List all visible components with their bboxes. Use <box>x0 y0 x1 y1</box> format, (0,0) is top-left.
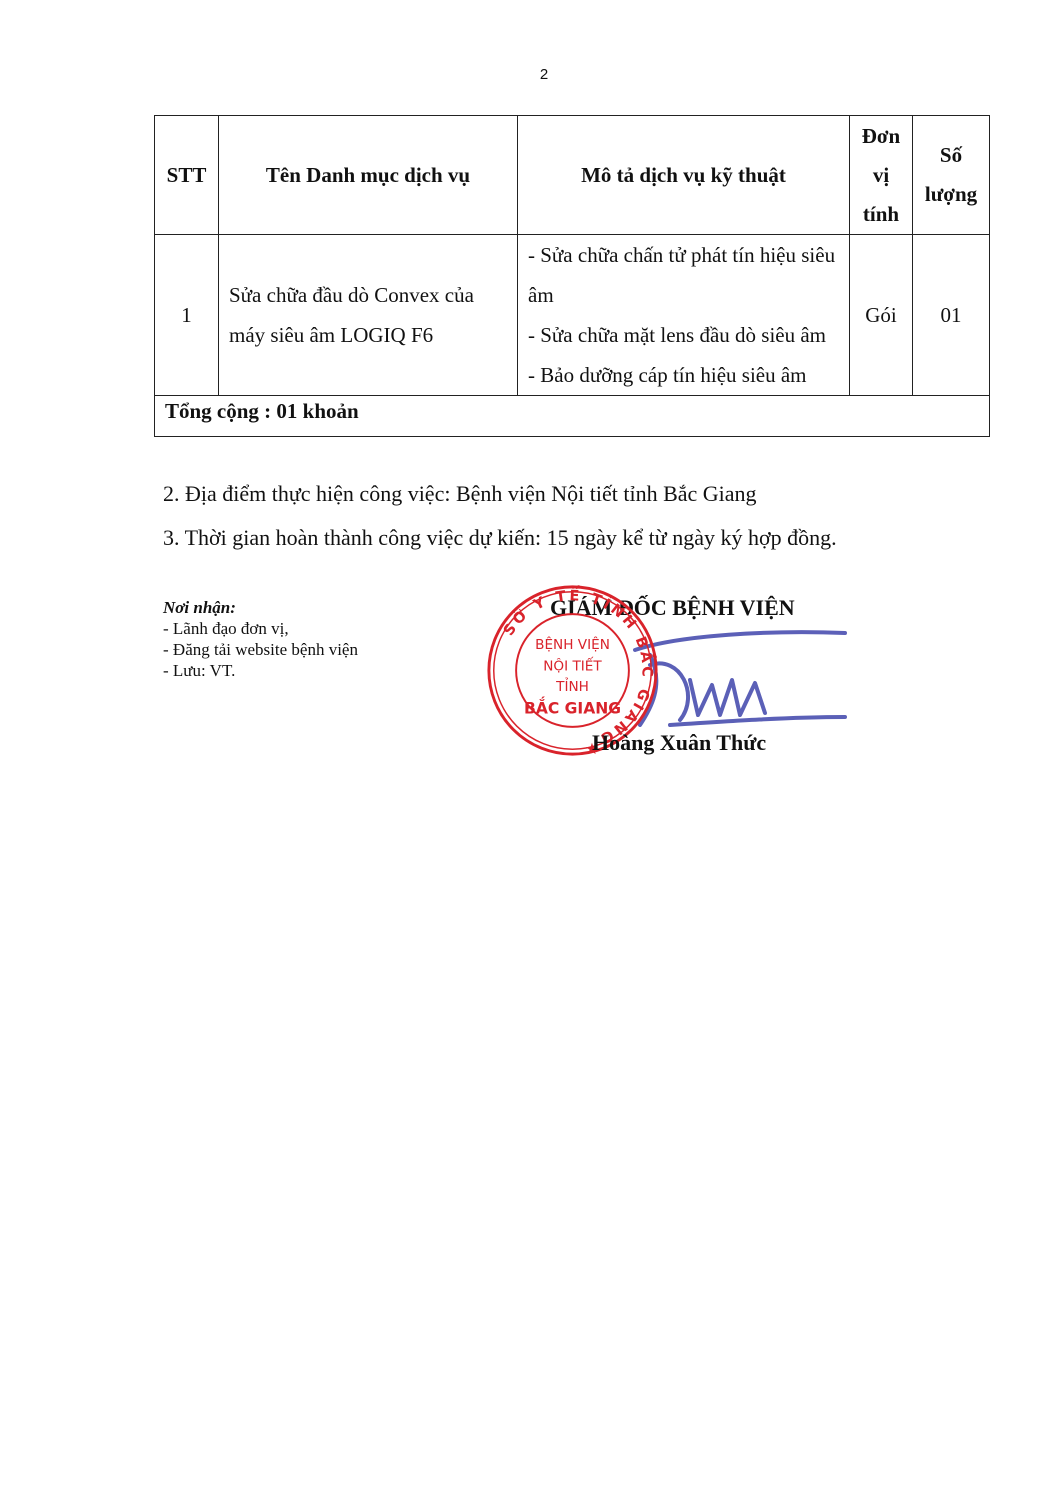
service-table: STT Tên Danh mục dịch vụ Mô tả dịch vụ k… <box>154 115 990 437</box>
header-stt: STT <box>155 116 219 235</box>
header-description: Mô tả dịch vụ kỹ thuật <box>518 116 850 235</box>
recipient-item: - Lãnh đạo đơn vị, <box>163 618 358 639</box>
cell-stt: 1 <box>155 235 219 396</box>
description-line: - Bảo dưỡng cáp tín hiệu siêu âm <box>528 355 849 395</box>
header-unit: Đơn vị tính <box>850 116 913 235</box>
table-total-row: Tổng cộng : 01 khoản <box>155 396 990 437</box>
header-name: Tên Danh mục dịch vụ <box>219 116 518 235</box>
location-text: 2. Địa điểm thực hiện công việc: Bệnh vi… <box>163 481 757 507</box>
table-header-row: STT Tên Danh mục dịch vụ Mô tả dịch vụ k… <box>155 116 990 235</box>
recipients-block: Nơi nhận: - Lãnh đạo đơn vị, - Đăng tải … <box>163 597 358 681</box>
recipient-item: - Đăng tải website bệnh viện <box>163 639 358 660</box>
signature-block: GIÁM ĐỐC BỆNH VIỆN SỞ Y TẾ TỈNH BẮC GIAN… <box>480 575 880 775</box>
header-quantity: Số lượng <box>913 116 990 235</box>
svg-text:NỘI TIẾT: NỘI TIẾT <box>543 656 602 675</box>
svg-text:TỈNH: TỈNH <box>555 677 589 695</box>
recipients-title: Nơi nhận: <box>163 597 358 618</box>
table-row: 1 Sửa chữa đầu dò Convex của máy siêu âm… <box>155 235 990 396</box>
cell-name: Sửa chữa đầu dò Convex của máy siêu âm L… <box>219 235 518 396</box>
svg-text:BỆNH VIỆN: BỆNH VIỆN <box>535 635 610 653</box>
svg-text:BẮC GIANG: BẮC GIANG <box>524 696 621 717</box>
cell-unit: Gói <box>850 235 913 396</box>
total-cell: Tổng cộng : 01 khoản <box>155 396 990 437</box>
duration-text: 3. Thời gian hoàn thành công việc dự kiế… <box>163 525 837 551</box>
signer-name: Hoàng Xuân Thức <box>592 730 766 756</box>
page-number: 2 <box>0 66 1061 83</box>
recipient-item: - Lưu: VT. <box>163 660 358 681</box>
description-line: - Sửa chữa mặt lens đầu dò siêu âm <box>528 315 849 355</box>
cell-description: - Sửa chữa chấn tử phát tín hiệu siêu âm… <box>518 235 850 396</box>
cell-quantity: 01 <box>913 235 990 396</box>
description-line: - Sửa chữa chấn tử phát tín hiệu siêu âm <box>528 235 849 315</box>
